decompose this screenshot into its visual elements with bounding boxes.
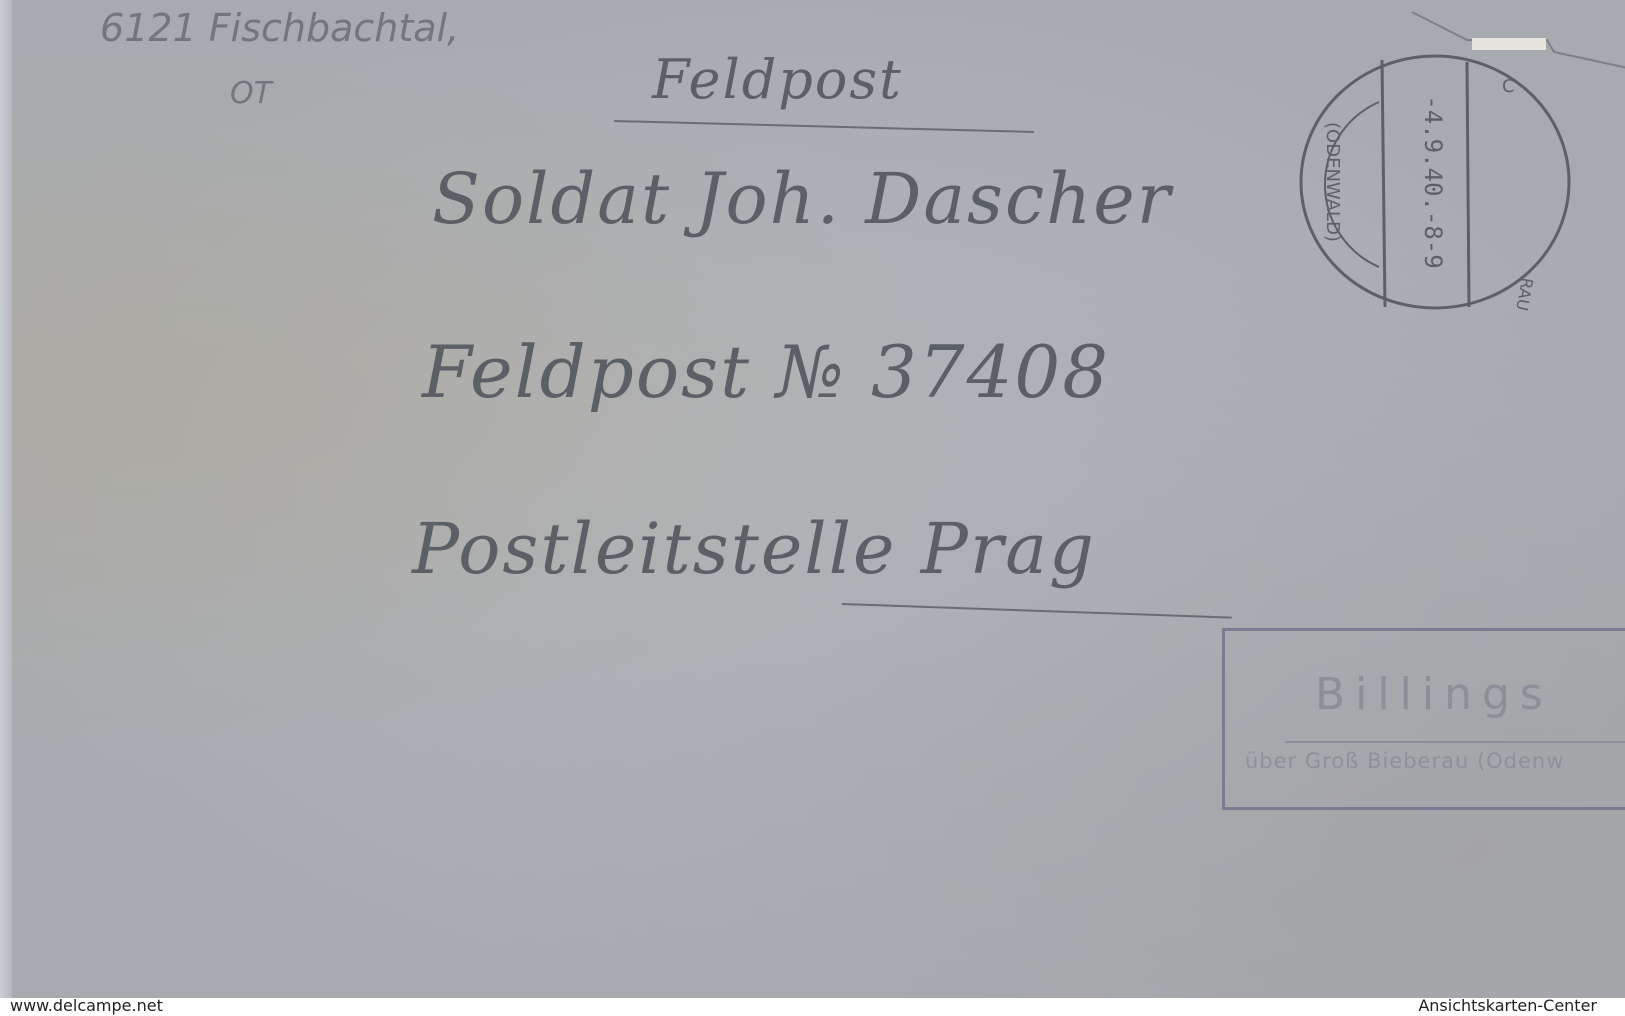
place-stamp-rule — [1285, 741, 1625, 743]
envelope-scan: 6121 Fischbachtal, OT Feldpost Soldat Jo… — [0, 0, 1625, 998]
footer-left-link[interactable]: www.delcampe.net — [10, 996, 163, 1015]
routing-underline — [842, 603, 1232, 619]
scan-left-edge — [0, 0, 12, 998]
address-heading: Feldpost — [652, 48, 903, 111]
place-stamp: Billings über Groß Bieberau (Odenw — [1222, 628, 1625, 810]
envelope-paper: 6121 Fischbachtal, OT Feldpost Soldat Jo… — [12, 0, 1625, 998]
address-routing: Postleitstelle Prag — [412, 508, 1096, 590]
watermark-footer: www.delcampe.net Ansichtskarten-Center — [0, 998, 1625, 1016]
postmark-partial-top: C — [1502, 76, 1515, 97]
postmark-ring-text: (ODENWALD) — [1322, 122, 1343, 242]
address-feldpost-number: Feldpost № 37408 — [422, 330, 1110, 414]
place-stamp-subline: über Groß Bieberau (Odenw — [1245, 749, 1564, 773]
postmark-date: -4.9.40.-8-9 — [1419, 95, 1447, 268]
address-recipient: Soldat Joh. Dascher — [432, 158, 1172, 240]
heading-underline — [614, 120, 1034, 133]
place-stamp-name: Billings — [1315, 669, 1553, 720]
pencil-note-line1: 6121 Fischbachtal, — [100, 6, 459, 50]
postmark-stamp: (ODENWALD) -4.9.40.-8-9 C RAU — [1297, 52, 1573, 312]
pencil-note-line2: OT — [230, 76, 272, 111]
footer-right-credit: Ansichtskarten-Center — [1418, 996, 1597, 1015]
